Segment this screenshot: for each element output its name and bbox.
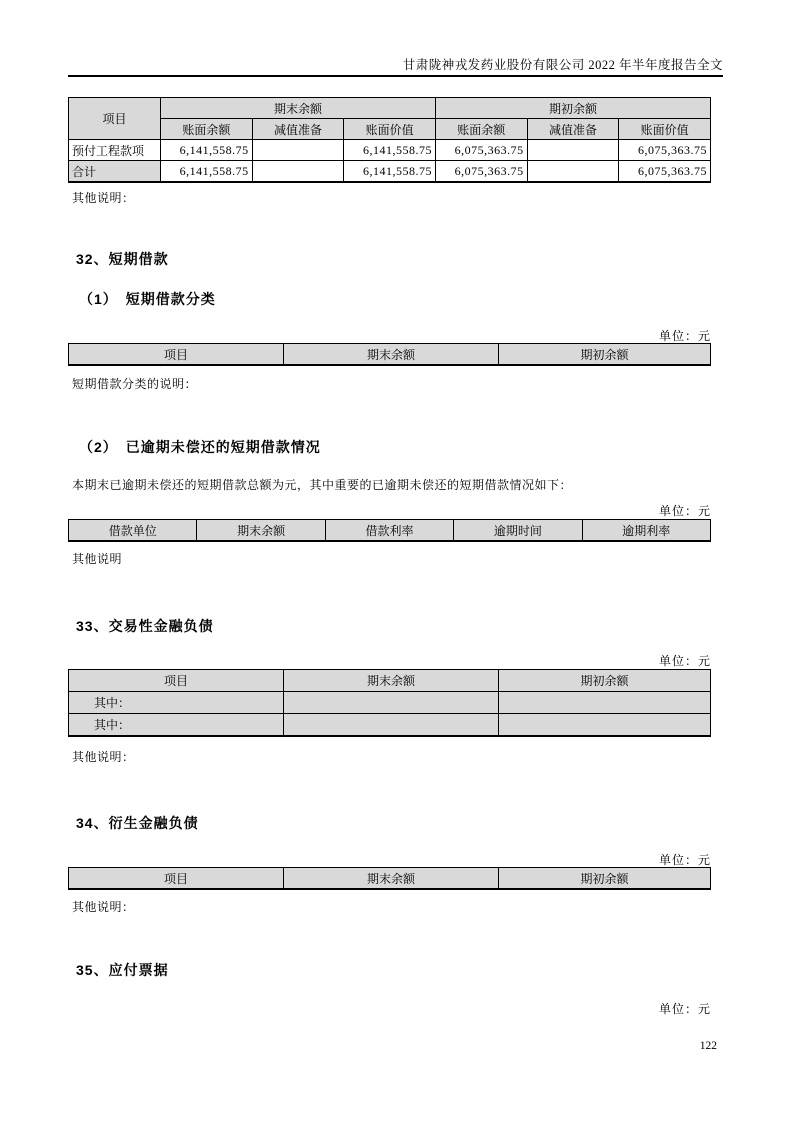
header-rule	[68, 75, 723, 77]
header-row: 项目 期末余额 期初余额	[69, 670, 711, 692]
row-label-including: 其中：	[69, 714, 284, 737]
section-35-title: 35、应付票据	[76, 960, 169, 980]
header-row: 项目 期末余额 期初余额	[69, 344, 711, 366]
col-header-item: 项目	[69, 670, 284, 692]
report-page: 甘肃陇神戎发药业股份有限公司 2022 年半年度报告全文 项目 期末余额 期初余…	[0, 0, 793, 1122]
col-header-item: 项目	[69, 344, 284, 366]
other-note-overdue: 其他说明	[72, 550, 122, 567]
col-header-period-begin: 期初余额	[499, 868, 711, 890]
col-group-period-begin: 期初余额	[435, 98, 710, 119]
unit-label: 单位：元	[659, 851, 711, 868]
cell-value	[252, 140, 344, 161]
cell-value	[527, 161, 619, 183]
cell-value	[527, 140, 619, 161]
section-32-title: 32、短期借款	[76, 249, 169, 269]
overdue-loans-table: 借款单位 期末余额 借款利率 逾期时间 逾期利率	[68, 519, 711, 542]
unit-label: 单位：元	[659, 502, 711, 519]
other-note-prepayments: 其他说明：	[72, 189, 135, 206]
header-row: 项目 期末余额 期初余额	[69, 868, 711, 890]
table-row-prepaid-project: 预付工程款项 6,141,558.75 6,141,558.75 6,075,3…	[69, 140, 711, 161]
cell-value: 6,075,363.75	[619, 140, 711, 161]
section-32-1-title: （1） 短期借款分类	[79, 289, 216, 309]
unit-label: 单位：元	[659, 1000, 711, 1017]
col-header-item: 项目	[69, 98, 161, 140]
short-term-loan-classification-table: 项目 期末余额 期初余额	[68, 343, 711, 366]
table-row-including-2: 其中：	[69, 714, 711, 737]
col-header-period-end: 期末余额	[284, 868, 499, 890]
col-header-lender: 借款单位	[69, 520, 197, 542]
cell-empty	[499, 714, 711, 737]
cell-value: 6,141,558.75	[161, 161, 253, 183]
cell-value: 6,141,558.75	[161, 140, 253, 161]
unit-label: 单位：元	[659, 652, 711, 669]
col-header-impairment-begin: 减值准备	[527, 119, 619, 140]
prepayments-header-row-2: 账面余额 减值准备 账面价值 账面余额 减值准备 账面价值	[69, 119, 711, 140]
col-header-overdue-time: 逾期时间	[454, 520, 582, 542]
section-34-title: 34、衍生金融负债	[76, 813, 199, 833]
header-row: 借款单位 期末余额 借款利率 逾期时间 逾期利率	[69, 520, 711, 542]
unit-label: 单位：元	[659, 327, 711, 344]
document-header-title: 甘肃陇神戎发药业股份有限公司 2022 年半年度报告全文	[403, 55, 723, 73]
cell-value: 6,075,363.75	[435, 161, 527, 183]
col-header-period-end: 期末余额	[284, 670, 499, 692]
section-32-2-title: （2） 已逾期未偿还的短期借款情况	[79, 437, 321, 457]
page-number: 122	[700, 1040, 717, 1052]
cell-value: 6,075,363.75	[435, 140, 527, 161]
col-header-book-value-end: 账面价值	[344, 119, 436, 140]
col-group-period-end: 期末余额	[161, 98, 436, 119]
table-row-including-1: 其中：	[69, 692, 711, 714]
cell-value: 6,141,558.75	[344, 161, 436, 183]
prepayments-table: 项目 期末余额 期初余额 账面余额 减值准备 账面价值 账面余额 减值准备 账面…	[68, 97, 711, 183]
cell-value: 6,075,363.75	[619, 161, 711, 183]
other-note-34: 其他说明：	[72, 898, 135, 915]
classification-note: 短期借款分类的说明：	[72, 375, 197, 392]
col-header-period-begin: 期初余额	[499, 344, 711, 366]
col-header-impairment-end: 减值准备	[252, 119, 344, 140]
section-33-title: 33、交易性金融负债	[76, 616, 214, 636]
cell-empty	[284, 714, 499, 737]
trading-financial-liabilities-table: 项目 期末余额 期初余额 其中： 其中：	[68, 669, 711, 737]
overdue-paragraph: 本期末已逾期未偿还的短期借款总额为元，其中重要的已逾期未偿还的短期借款情况如下：	[72, 476, 572, 493]
derivative-financial-liabilities-table: 项目 期末余额 期初余额	[68, 867, 711, 890]
row-label: 预付工程款项	[69, 140, 161, 161]
cell-empty	[499, 692, 711, 714]
row-label-total: 合计	[69, 161, 161, 183]
col-header-book-balance-end: 账面余额	[161, 119, 253, 140]
col-header-period-begin: 期初余额	[499, 670, 711, 692]
col-header-book-balance-begin: 账面余额	[435, 119, 527, 140]
col-header-period-end: 期末余额	[284, 344, 499, 366]
table-row-total: 合计 6,141,558.75 6,141,558.75 6,075,363.7…	[69, 161, 711, 183]
row-label-including: 其中：	[69, 692, 284, 714]
col-header-loan-rate: 借款利率	[325, 520, 453, 542]
col-header-book-value-begin: 账面价值	[619, 119, 711, 140]
cell-value: 6,141,558.75	[344, 140, 436, 161]
col-header-item: 项目	[69, 868, 284, 890]
col-header-period-end: 期末余额	[197, 520, 325, 542]
cell-empty	[284, 692, 499, 714]
col-header-overdue-rate: 逾期利率	[582, 520, 710, 542]
cell-value	[252, 161, 344, 183]
other-note-33: 其他说明：	[72, 748, 135, 765]
prepayments-header-row-1: 项目 期末余额 期初余额	[69, 98, 711, 119]
